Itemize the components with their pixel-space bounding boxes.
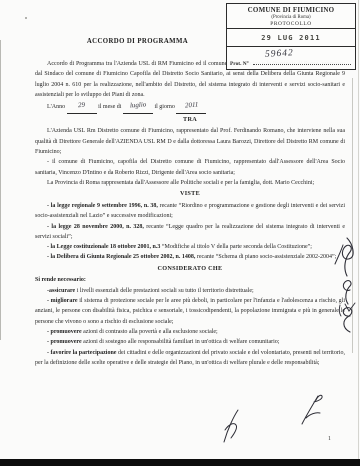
stamp-header: COMUNE DI FIUMICINO (Provincia di Roma) …: [227, 4, 355, 29]
margin-check-mark: [338, 302, 358, 323]
margin-signature-handwriting: [334, 232, 358, 341]
viste-item: - la Legge costituzionale 18 ottobre 200…: [35, 242, 345, 252]
law-reference: - la legge regionale 9 settembre 1996, n…: [47, 203, 158, 209]
day-blank: 2011: [176, 100, 206, 113]
year-handwriting: 29: [78, 99, 86, 111]
stamp-commune-name: COMUNE DI FIUMICINO: [228, 6, 354, 15]
item-text: il sistema di protezione sociale per le …: [35, 298, 345, 325]
viste-item: - la legge 28 novembre 2000, n. 328, rec…: [35, 222, 345, 243]
date-label-day: il giorno: [154, 104, 175, 110]
item-lead: - promuovere: [47, 339, 82, 345]
date-label-month: il mese di: [98, 104, 121, 110]
scan-artifact-left-line: [0, 40, 1, 340]
considerato-item: - promuovere azioni di contrasto alla po…: [35, 327, 345, 337]
viste-item: - la legge regionale 9 settembre 1996, n…: [35, 201, 345, 222]
protocol-stamp: COMUNE DI FIUMICINO (Provincia di Roma) …: [226, 3, 356, 70]
item-lead: -assicurare: [47, 288, 75, 294]
stamp-protocollo-label: PROTOCOLLO: [228, 21, 354, 28]
scan-noise-dot: [25, 17, 27, 19]
tra-paragraph: L'Azienda USL Rm Distretto comune di Fiu…: [35, 126, 345, 157]
tra-paragraph: La Provincia di Roma rappresentata dall'…: [35, 178, 345, 188]
item-lead: - favorire la partecipazione: [47, 350, 116, 356]
date-label-year: L'Anno: [47, 104, 65, 110]
stamp-protocol-number-row: Prot. N° 59642: [227, 47, 355, 69]
year-blank: 29: [67, 100, 97, 113]
considerato-item: -assicurare i livelli essenziali delle p…: [35, 286, 345, 296]
month-blank: luglio: [123, 100, 153, 113]
section-heading-tra: TRA: [35, 115, 345, 126]
item-text: i livelli essenziali delle prestazioni s…: [75, 288, 253, 294]
viste-item: - la Delibera di Giunta Regionale 25 ott…: [35, 252, 345, 262]
stamp-date: 29 LUG 2011: [227, 29, 355, 47]
prot-number-handwriting: 59642: [265, 49, 294, 60]
month-handwriting: luglio: [129, 99, 146, 112]
bottom-signature-flourish: [296, 392, 324, 431]
scan-artifact-right-edge: [358, 0, 359, 466]
considerato-item: - favorire la partecipazione dei cittadi…: [35, 348, 345, 369]
item-text: azioni di contrasto alla povertà e alla …: [82, 329, 218, 335]
date-fill-in-line: L'Anno 29 il mese di luglio il giorno 20…: [47, 100, 345, 113]
item-lead: - promuovere: [47, 329, 82, 335]
document-body: ACCORDO DI PROGRAMMA Accordo di Programm…: [35, 38, 345, 368]
considerato-item: - migliorare il sistema di protezione so…: [35, 296, 345, 327]
law-description: recante “Schema di piano socio-assistenz…: [195, 254, 336, 260]
scanned-document-page: ACCORDO DI PROGRAMMA Accordo di Programm…: [0, 0, 360, 466]
section-heading-viste: VISTE: [35, 189, 345, 200]
law-description: “Modifiche al titolo V della parte secon…: [160, 244, 312, 250]
page-title: ACCORDO DI PROGRAMMA: [35, 38, 240, 46]
bottom-initial-scribble: [216, 408, 246, 449]
law-reference: - la Legge costituzionale 18 ottobre 200…: [47, 244, 160, 250]
item-text: azioni di sostegno alle responsabilità f…: [82, 339, 280, 345]
necessario-intro: Si rende necessario:: [35, 275, 345, 285]
page-number: 1: [328, 436, 331, 442]
item-lead: - migliorare: [47, 298, 78, 304]
tra-paragraph: - il comune di Fiumicino, capofila del D…: [35, 157, 345, 178]
scan-artifact-bottom-bar: [0, 459, 360, 466]
section-heading-considerato: CONSIDERATO CHE: [35, 264, 345, 275]
considerato-item: - promuovere azioni di sostegno alle res…: [35, 337, 345, 347]
stamp-prot-label: Prot. N°: [230, 61, 249, 67]
law-reference: - la legge 28 novembre 2000, n. 328,: [47, 224, 144, 230]
day-handwriting: 2011: [184, 99, 198, 112]
stamp-dotted-line: [253, 64, 351, 65]
law-reference: - la Delibera di Giunta Regionale 25 ott…: [47, 254, 195, 260]
